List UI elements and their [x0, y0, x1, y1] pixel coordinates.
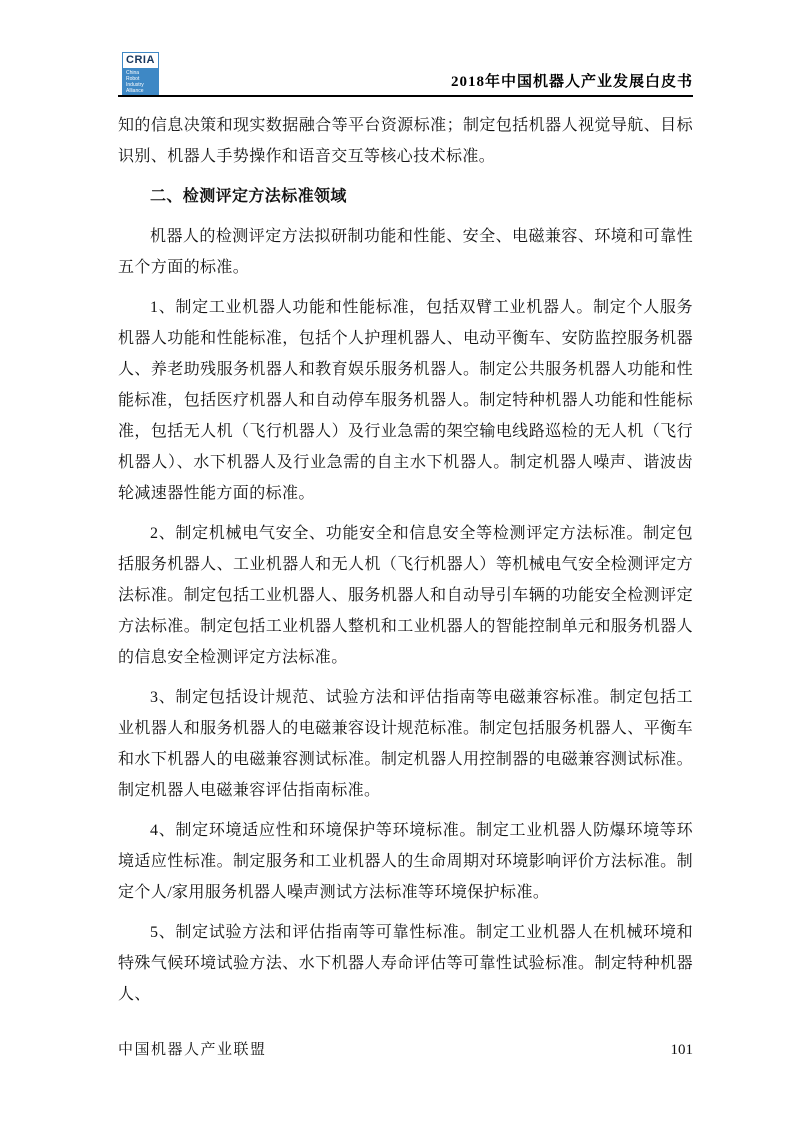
header-rule	[118, 95, 693, 97]
cria-logo-acronym: CRIA	[126, 55, 155, 66]
paragraph-item-4: 4、制定环境适应性和环境保护等环境标准。制定工业机器人防爆环境等环境适应性标准。…	[118, 815, 693, 908]
section-heading: 二、检测评定方法标准领域	[118, 181, 693, 212]
paragraph-intro: 机器人的检测评定方法拟研制功能和性能、安全、电磁兼容、环境和可靠性五个方面的标准…	[118, 221, 693, 283]
paragraph-item-1: 1、制定工业机器人功能和性能标准，包括双臂工业机器人。制定个人服务机器人功能和性…	[118, 292, 693, 509]
page-footer: 中国机器人产业联盟 101	[118, 1038, 693, 1059]
paragraph-item-5: 5、制定试验方法和评估指南等可靠性标准。制定工业机器人在机械环境和特殊气候环境试…	[118, 917, 693, 1010]
paragraph-continuation: 知的信息决策和现实数据融合等平台资源标准；制定包括机器人视觉导航、目标识别、机器…	[118, 110, 693, 172]
page-content: 知的信息决策和现实数据融合等平台资源标准；制定包括机器人视觉导航、目标识别、机器…	[118, 110, 693, 1019]
doc-title: 2018年中国机器人产业发展白皮书	[118, 70, 693, 91]
paragraph-item-2: 2、制定机械电气安全、功能安全和信息安全等检测评定方法标准。制定包括服务机器人、…	[118, 518, 693, 673]
document-page: CRIA China Robot Industry Alliance 2018年…	[0, 0, 793, 1122]
footer-page-number: 101	[671, 1042, 694, 1059]
cria-logo-acronym-band: CRIA	[123, 53, 158, 68]
paragraph-item-3: 3、制定包括设计规范、试验方法和评估指南等电磁兼容标准。制定包括工业机器人和服务…	[118, 682, 693, 806]
footer-org: 中国机器人产业联盟	[118, 1038, 267, 1059]
